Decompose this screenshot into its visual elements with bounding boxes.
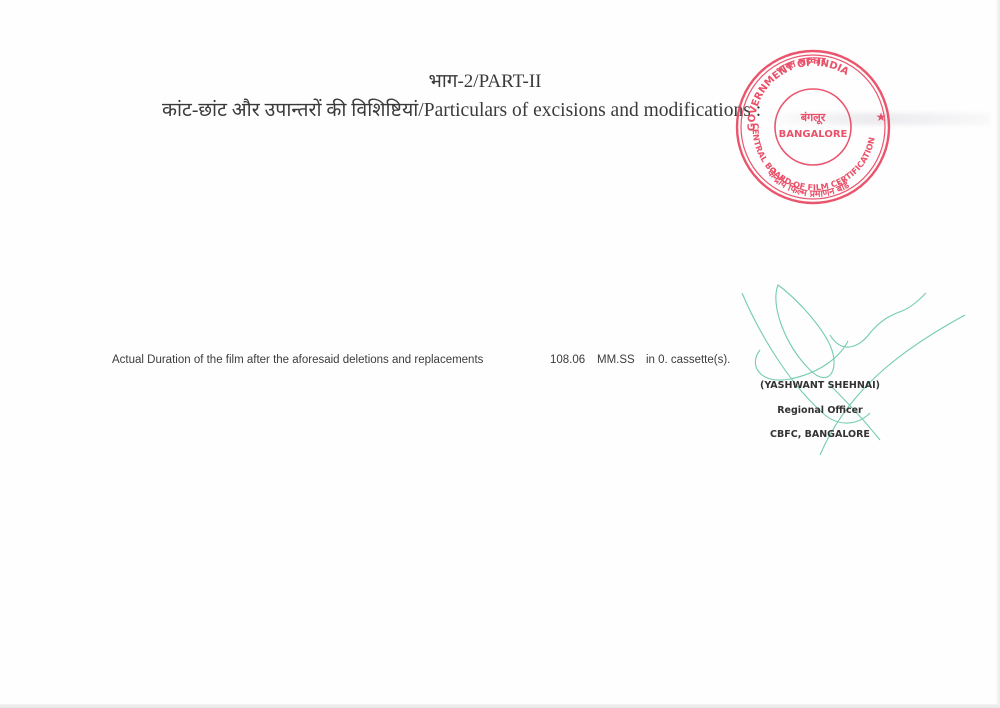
- duration-unit: MM.SS: [597, 354, 635, 366]
- svg-text:बंगलूर: बंगलूर: [800, 111, 826, 125]
- svg-text:BANGALORE: BANGALORE: [779, 129, 848, 140]
- page-edge: [996, 0, 1000, 708]
- signatory-office: CBFC, BANGALORE: [740, 429, 900, 440]
- section-heading: कांट-छांट और उपान्तरों की विशिष्टियां/Pa…: [162, 95, 761, 122]
- cassette-count: in 0. cassette(s).: [646, 354, 730, 366]
- duration-value: 108.06: [550, 354, 585, 366]
- page-edge: [0, 704, 1000, 708]
- duration-label: Actual Duration of the film after the af…: [112, 354, 483, 366]
- document-page: भाग-2/PART-II कांट-छांट और उपान्तरों की …: [0, 0, 1000, 708]
- cbfc-seal-stamp: भारत सरकार GOVERNMENT OF INDIA CENTRAL B…: [733, 45, 893, 207]
- signatory-designation: Regional Officer: [740, 405, 900, 416]
- svg-text:GOVERNMENT OF INDIA: GOVERNMENT OF INDIA: [747, 58, 851, 132]
- signatory-name: (YASHWANT SHEHNAI): [740, 380, 900, 391]
- svg-text:★: ★: [876, 110, 887, 124]
